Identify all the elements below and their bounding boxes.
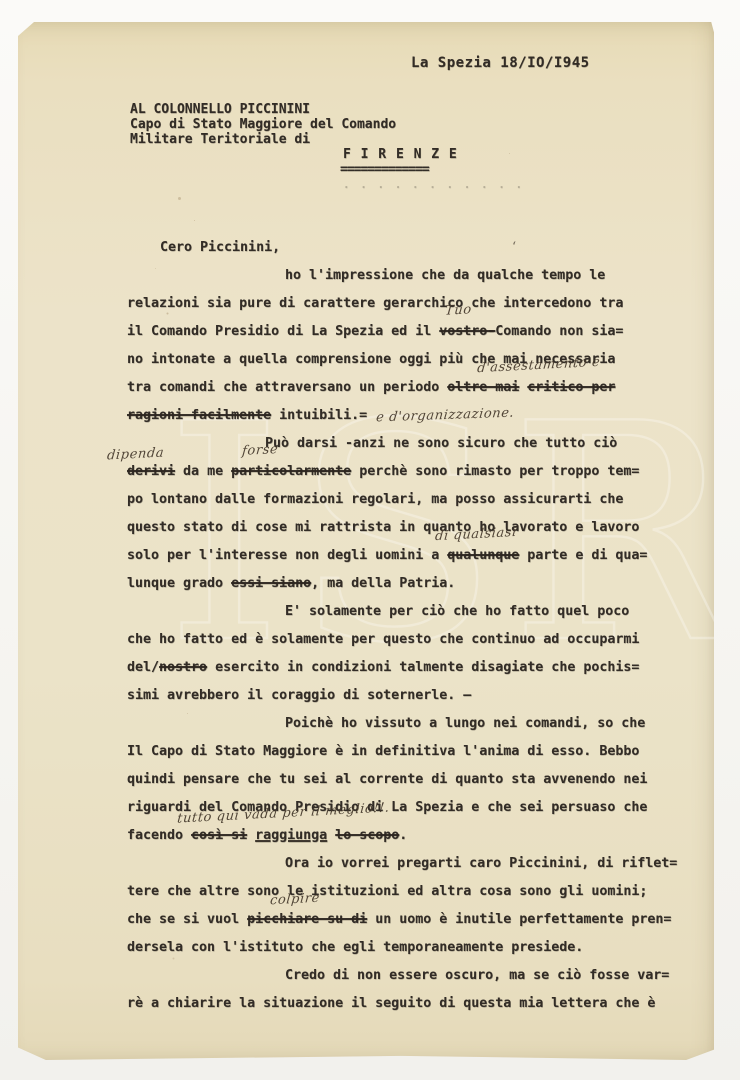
recipient-line: Capo di Stato Maggiore del Comando	[130, 117, 524, 132]
typed-line: relazioni sia pure di carattere gerarchi…	[127, 290, 647, 318]
typed-text: del/	[127, 660, 159, 675]
typed-line: dipendaderivi da me particolarmente perc…	[127, 458, 647, 486]
struck-text: essi siano	[231, 576, 311, 591]
typed-text: facendo	[127, 828, 191, 843]
typed-text: perchè sono rimasto per troppo tem=	[351, 464, 639, 479]
recipient-dots: . . . . . . . . . . .	[130, 177, 524, 192]
typed-line: Può darsi -anzi ne sono sicuro che tutto…	[127, 430, 647, 458]
typed-line: il Comando Presidio di La Spezia ed il v…	[127, 318, 647, 346]
recipient-underline: =============	[130, 162, 524, 177]
struck-text: nostro	[159, 660, 207, 675]
typed-line: quindi pensare che tu sei al corrente di…	[127, 766, 647, 794]
typed-text: Ora io vorrei pregarti caro Piccinini, d…	[285, 856, 677, 871]
typed-text: tere che altre sono le istituzioni ed al…	[127, 884, 647, 899]
typed-text: lunque grado	[127, 576, 231, 591]
typed-text: quindi pensare che tu sei al corrente di…	[127, 772, 647, 787]
typed-text: po lontano dalle formazioni regolari, ma…	[127, 492, 623, 507]
typed-text: il Comando Presidio di La Spezia ed il	[127, 324, 439, 339]
typed-line: ho l'impressione che da qualche tempo le	[127, 262, 647, 290]
typed-line: Ora io vorrei pregarti caro Piccinini, d…	[127, 850, 647, 878]
typed-line: che ho fatto ed è solamente per questo c…	[127, 626, 647, 654]
typed-text: tra comandi che attraversano un periodo	[127, 380, 447, 395]
handwritten-annotation: Tuo	[444, 303, 472, 318]
typed-line: Credo di non essere oscuro, ma se ciò fo…	[127, 962, 647, 990]
typed-text: intuibili.=	[271, 408, 367, 423]
typed-line: po lontano dalle formazioni regolari, ma…	[127, 486, 647, 514]
date-line: La Spezia 18/IO/I945	[411, 55, 590, 71]
letter-paper: ISR La Spezia 18/IO/I945 AL COLONNELLO P…	[18, 22, 714, 1060]
typed-line: questo stato di cose mi rattrista in qua…	[127, 514, 647, 542]
typed-text: Comando non sia=	[495, 324, 623, 339]
handwritten-annotation: di qualsiasi	[434, 526, 517, 544]
typed-text: un uomo è inutile perfettamente pren=	[367, 912, 671, 927]
typed-line: tra comandi che attraversano un periodo …	[127, 374, 647, 402]
typed-line: rè a chiarire la situazione il seguito d…	[127, 990, 647, 1018]
typed-line: E' solamente per ciò che ho fatto quel p…	[127, 598, 647, 626]
underlined-text: raggiunga	[255, 828, 327, 843]
typed-text: questo stato di cose mi rattrista in qua…	[127, 520, 639, 535]
typed-text: dersela con l'istituto che egli temporan…	[127, 940, 583, 955]
struck-text: lo scopo	[335, 828, 399, 843]
struck-text: derivi	[127, 464, 175, 479]
struck-text: vostro-	[439, 324, 495, 339]
handwritten-annotation: forse	[241, 443, 278, 459]
typed-line: tere che altre sono le istituzioni ed al…	[127, 878, 647, 906]
handwritten-annotation: dipenda	[106, 446, 164, 463]
typed-text: Credo di non essere oscuro, ma se ciò fo…	[285, 968, 669, 983]
typed-text: Cero Piccinini,	[160, 240, 280, 255]
typed-text: esercito in condizioni talmente disagiat…	[207, 660, 639, 675]
typed-text: rè a chiarire la situazione il seguito d…	[127, 996, 655, 1011]
typed-line: Poichè ho vissuto a lungo nei comandi, s…	[127, 710, 647, 738]
struck-text: qualunque	[447, 548, 519, 563]
typed-text: Il Capo di Stato Maggiore è in definitiv…	[127, 744, 639, 759]
typed-text: Può darsi -anzi ne sono sicuro che tutto…	[265, 436, 617, 451]
typed-text: relazioni sia pure di carattere gerarchi…	[127, 296, 623, 311]
struck-text: così si	[191, 828, 247, 843]
recipient-line: Militare Teritoriale di	[130, 132, 524, 147]
letter-body: Cero Piccinini,ho l'impressione che da q…	[127, 234, 647, 1018]
typed-text: ho l'impressione che da qualche tempo le	[285, 268, 605, 283]
handwritten-annotation: e d'organizzazione.	[375, 400, 516, 433]
typed-text: E' solamente per ciò che ho fatto quel p…	[285, 604, 629, 619]
typed-text	[327, 828, 335, 843]
typed-text: , ma della Patria.	[311, 576, 455, 591]
recipient-city: F I R E N Z E	[130, 147, 524, 162]
typed-text: parte e di qua=	[519, 548, 647, 563]
typed-text	[247, 828, 255, 843]
struck-text: particolarmente	[231, 464, 351, 479]
typed-line: ragioni facilmente intuibili.=e d'organi…	[127, 402, 647, 430]
typed-line: del/nostro esercito in condizioni talmen…	[127, 654, 647, 682]
typed-text: da me	[175, 464, 231, 479]
handwritten-annotation: colpire	[269, 892, 320, 909]
typed-line: che se si vuol picchiare su di un uomo è…	[127, 906, 647, 934]
typed-line: lunque grado essi siano, ma della Patria…	[127, 570, 647, 598]
typed-text: Poichè ho vissuto a lungo nei comandi, s…	[285, 716, 645, 731]
typed-text: solo per l'interesse non degli uomini a	[127, 548, 447, 563]
typed-line: Cero Piccinini,	[127, 234, 647, 262]
typed-text: che se si vuol	[127, 912, 247, 927]
struck-text: critico per	[527, 380, 615, 395]
recipient-block: AL COLONNELLO PICCININI Capo di Stato Ma…	[130, 102, 524, 192]
struck-text: picchiare su di	[247, 912, 367, 927]
typed-text: .	[399, 828, 407, 843]
typed-line: simi avrebbero il coraggio di soternerle…	[127, 682, 647, 710]
struck-text: oltre mai	[447, 380, 519, 395]
typed-text: simi avrebbero il coraggio di soternerle…	[127, 688, 471, 703]
typed-text: che ho fatto ed è solamente per questo c…	[127, 632, 639, 647]
struck-text: ragioni facilmente	[127, 408, 271, 423]
typed-line: solo per l'interesse non degli uomini a …	[127, 542, 647, 570]
paper-speckles	[178, 197, 181, 200]
typed-line: dersela con l'istituto che egli temporan…	[127, 934, 647, 962]
typed-line: Il Capo di Stato Maggiore è in definitiv…	[127, 738, 647, 766]
recipient-line: AL COLONNELLO PICCININI	[130, 102, 524, 117]
typed-line: facendo così si raggiunga lo scopo.tutto…	[127, 822, 647, 850]
